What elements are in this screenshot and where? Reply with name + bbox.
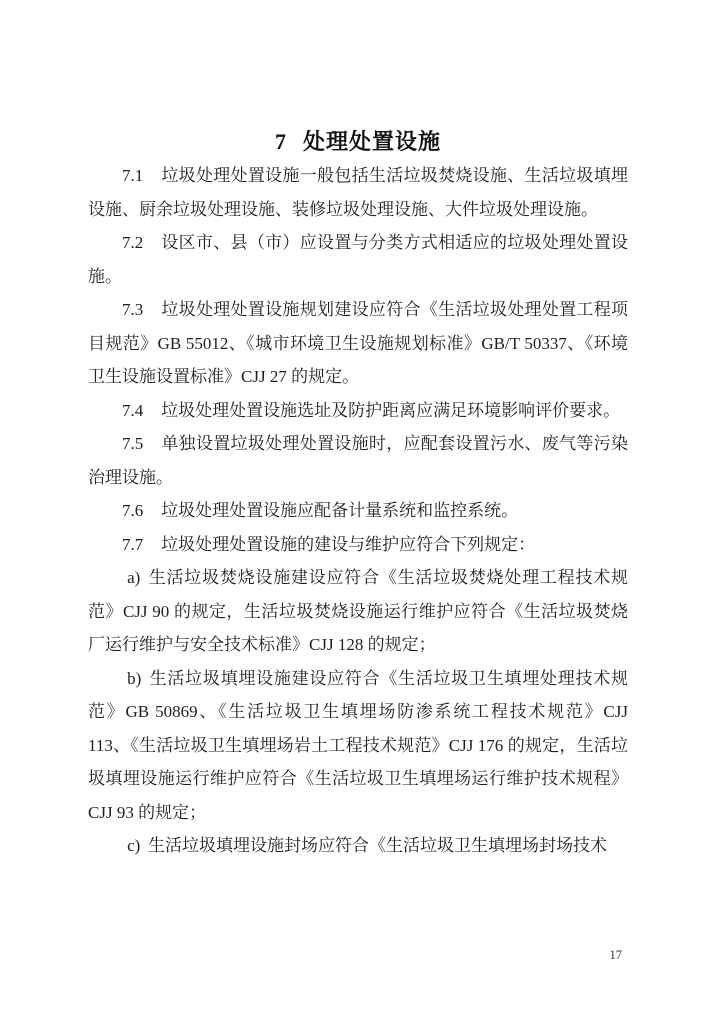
- item-letter: b): [127, 669, 141, 688]
- page-number: 17: [610, 946, 623, 964]
- clause-7-6: 7.6垃圾处理处置设施应配备计量系统和监控系统。: [88, 494, 628, 528]
- clause-text: 设区市、县（市）应设置与分类方式相适应的垃圾处理处置设施。: [88, 233, 628, 286]
- clause-number: 7.2: [122, 233, 143, 252]
- clause-7-7: 7.7垃圾处理处置设施的建设与维护应符合下列规定：: [88, 528, 628, 562]
- clause-number: 7.3: [122, 300, 143, 319]
- item-text: 生活垃圾焚烧设施建设应符合《生活垃圾焚烧处理工程技术规范》CJJ 90 的规定，…: [88, 568, 628, 654]
- clause-text: 垃圾处理处置设施的建设与维护应符合下列规定：: [161, 535, 535, 554]
- clause-7-7-item-b: b)生活垃圾填埋设施建设应符合《生活垃圾卫生填埋处理技术规范》GB 50869、…: [88, 662, 628, 830]
- clause-7-7-item-c: c)生活垃圾填埋设施封场应符合《生活垃圾卫生填埋场封场技术: [88, 829, 628, 863]
- clause-7-2: 7.2设区市、县（市）应设置与分类方式相适应的垃圾处理处置设施。: [88, 226, 628, 293]
- clause-number: 7.6: [122, 501, 143, 520]
- clause-text: 垃圾处理处置设施选址及防护距离应满足环境影响评价要求。: [161, 401, 620, 420]
- item-letter: c): [127, 836, 140, 855]
- document-page: 7处理处置设施 7.1垃圾处理处置设施一般包括生活垃圾焚烧设施、生活垃圾填埋设施…: [0, 0, 725, 1024]
- clause-text: 垃圾处理处置设施规划建设应符合《生活垃圾处理处置工程项目规范》GB 55012、…: [88, 300, 628, 386]
- clause-text: 垃圾处理处置设施一般包括生活垃圾焚烧设施、生活垃圾填埋设施、厨余垃圾处理设施、装…: [88, 166, 628, 219]
- clause-text: 单独设置垃圾处理处置设施时，应配套设置污水、废气等污染治理设施。: [88, 434, 628, 487]
- clause-number: 7.1: [122, 166, 143, 185]
- clause-7-1: 7.1垃圾处理处置设施一般包括生活垃圾焚烧设施、生活垃圾填埋设施、厨余垃圾处理设…: [88, 159, 628, 226]
- item-letter: a): [127, 568, 140, 587]
- section-number: 7: [275, 129, 287, 154]
- clause-number: 7.4: [122, 401, 143, 420]
- document-content: 7处理处置设施 7.1垃圾处理处置设施一般包括生活垃圾焚烧设施、生活垃圾填埋设施…: [88, 125, 628, 863]
- clause-number: 7.7: [122, 535, 143, 554]
- document-body: 7.1垃圾处理处置设施一般包括生活垃圾焚烧设施、生活垃圾填埋设施、厨余垃圾处理设…: [88, 159, 628, 863]
- item-text: 生活垃圾填埋设施封场应符合《生活垃圾卫生填埋场封场技术: [148, 836, 607, 855]
- clause-7-4: 7.4垃圾处理处置设施选址及防护距离应满足环境影响评价要求。: [88, 394, 628, 428]
- clause-7-5: 7.5单独设置垃圾处理处置设施时，应配套设置污水、废气等污染治理设施。: [88, 427, 628, 494]
- clause-7-7-item-a: a)生活垃圾焚烧设施建设应符合《生活垃圾焚烧处理工程技术规范》CJJ 90 的规…: [88, 561, 628, 662]
- clause-text: 垃圾处理处置设施应配备计量系统和监控系统。: [161, 501, 518, 520]
- item-text: 生活垃圾填埋设施建设应符合《生活垃圾卫生填埋处理技术规范》GB 50869、《生…: [88, 669, 628, 822]
- clause-number: 7.5: [122, 434, 143, 453]
- section-title: 处理处置设施: [303, 129, 441, 154]
- section-heading: 7处理处置设施: [88, 125, 628, 159]
- clause-7-3: 7.3垃圾处理处置设施规划建设应符合《生活垃圾处理处置工程项目规范》GB 550…: [88, 293, 628, 394]
